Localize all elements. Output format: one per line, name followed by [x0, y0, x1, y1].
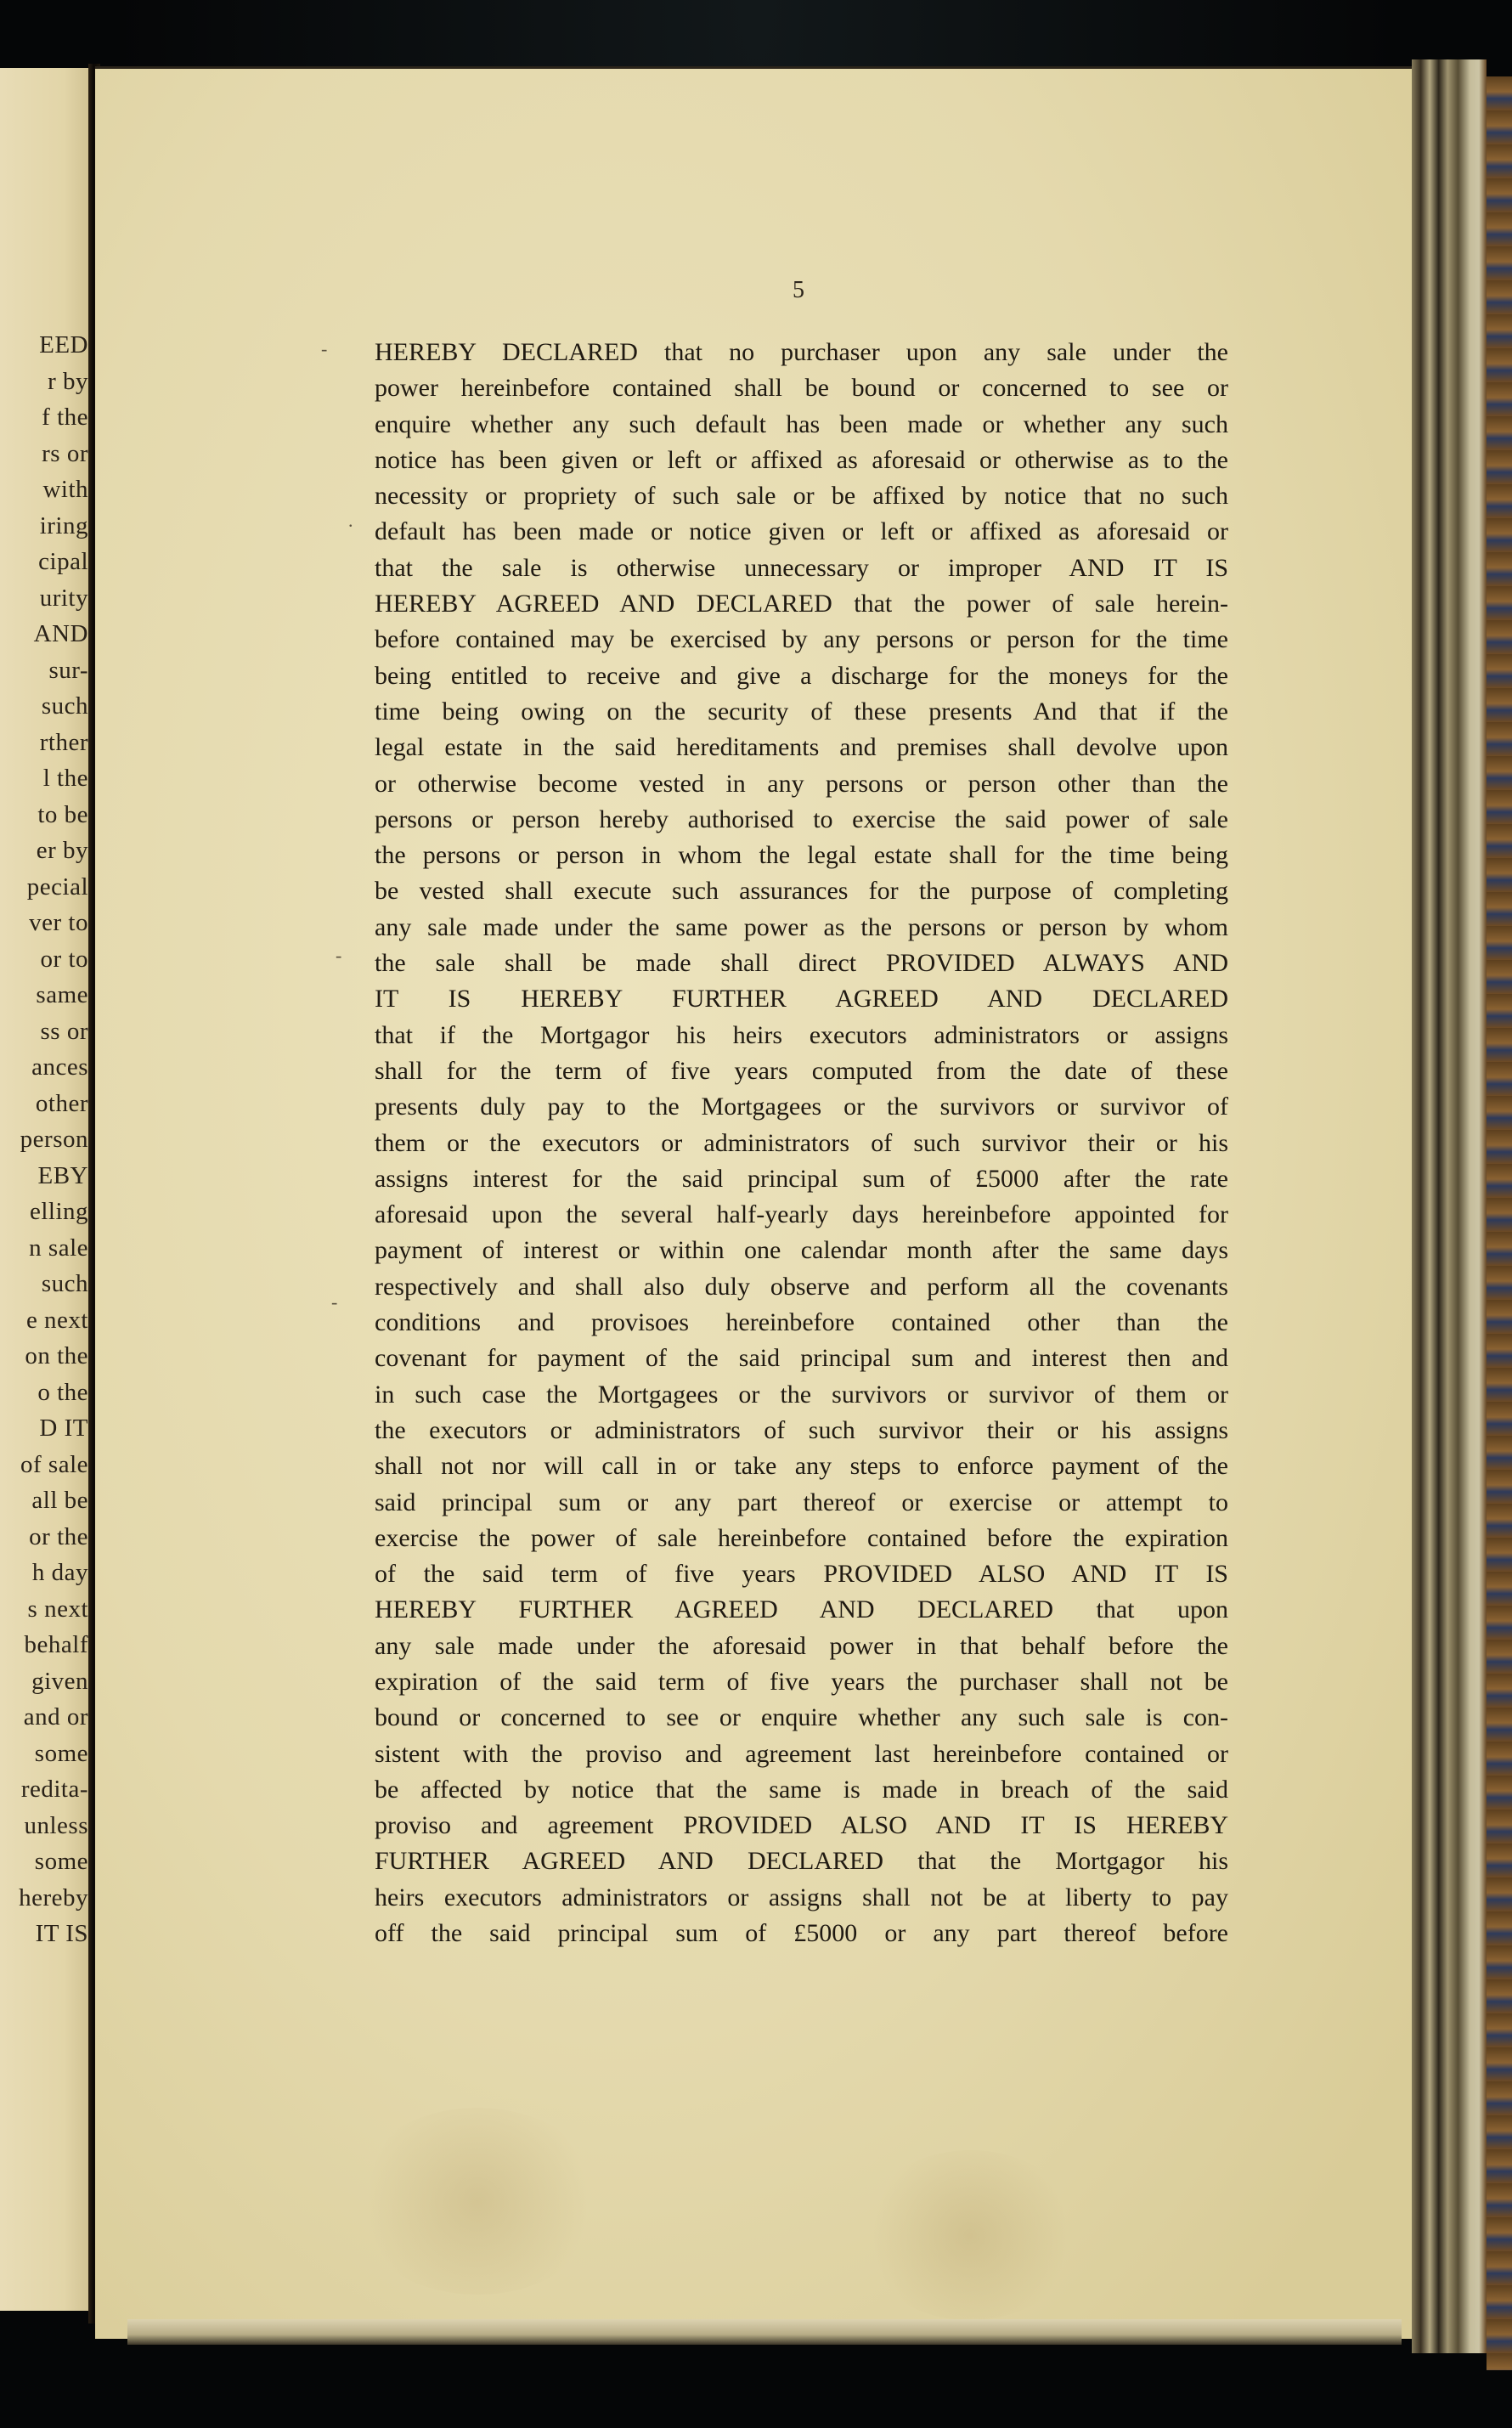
left-page-line: r by — [0, 364, 88, 400]
margin-dash: - — [331, 1291, 337, 1313]
left-page-line: or the — [0, 1519, 88, 1556]
text-line: assigns interest for the said principal … — [375, 1161, 1228, 1197]
text-line: HEREBY DECLARED that no purchaser upon a… — [375, 335, 1228, 370]
left-page-line: cipal — [0, 544, 88, 580]
text-line: be vested shall execute such assurances … — [375, 873, 1228, 909]
left-page-line: EBY — [0, 1158, 88, 1194]
text-line: in such case the Mortgagees or the survi… — [375, 1377, 1228, 1413]
margin-dash: - — [336, 945, 341, 967]
left-page-line: rther — [0, 725, 88, 761]
text-line: necessity or propriety of such sale or b… — [375, 478, 1228, 514]
text-line: the executors or administrators of such … — [375, 1413, 1228, 1448]
margin-dash: - — [321, 338, 327, 360]
left-page-line: given — [0, 1663, 88, 1700]
left-page-line: s next — [0, 1591, 88, 1628]
left-page-line: D IT — [0, 1410, 88, 1447]
text-line: time being owing on the security of thes… — [375, 694, 1228, 730]
left-page-line: of sale — [0, 1447, 88, 1483]
left-page-line: some — [0, 1844, 88, 1880]
text-line: persons or person hereby authorised to e… — [375, 802, 1228, 838]
text-line: presents duly pay to the Mortgagees or t… — [375, 1089, 1228, 1125]
text-line: FURTHER AGREED AND DECLARED that the Mor… — [375, 1844, 1228, 1879]
text-line: of the said term of five years PROVIDED … — [375, 1556, 1228, 1592]
left-page-line: such — [0, 688, 88, 725]
text-line: conditions and provisoes hereinbefore co… — [375, 1305, 1228, 1341]
left-page-line: unless — [0, 1808, 88, 1844]
text-line: that the sale is otherwise unnecessary o… — [375, 551, 1228, 586]
left-page-text: EEDr byf thers orwithiringcipalurityANDs… — [0, 327, 88, 1952]
text-line: exercise the power of sale hereinbefore … — [375, 1521, 1228, 1556]
text-line: the persons or person in whom the legal … — [375, 838, 1228, 873]
left-page-line: ver to — [0, 905, 88, 941]
left-page-line: person — [0, 1121, 88, 1158]
text-line: being entitled to receive and give a dis… — [375, 658, 1228, 694]
left-page-line: o the — [0, 1375, 88, 1411]
page-number: 5 — [781, 277, 815, 304]
left-page-line: such — [0, 1266, 88, 1302]
left-page-line: and or — [0, 1699, 88, 1736]
text-line: payment of interest or within one calend… — [375, 1233, 1228, 1268]
left-page-line: all be — [0, 1482, 88, 1519]
left-page-line: f the — [0, 399, 88, 436]
text-line: respectively and shall also duly observe… — [375, 1269, 1228, 1305]
left-page-line: ances — [0, 1049, 88, 1086]
left-page-line: hereby — [0, 1880, 88, 1917]
text-line: off the said principal sum of £5000 or a… — [375, 1916, 1228, 1951]
text-line: any sale made under the aforesaid power … — [375, 1629, 1228, 1664]
text-line: default has been made or notice given or… — [375, 514, 1228, 550]
text-line: bound or concerned to see or enquire whe… — [375, 1700, 1228, 1736]
page-stack-edge — [1412, 59, 1487, 2353]
left-page-line: rs or — [0, 436, 88, 472]
left-page-line: IT IS — [0, 1916, 88, 1952]
left-page-line: behalf — [0, 1627, 88, 1663]
text-line: said principal sum or any part thereof o… — [375, 1485, 1228, 1521]
paper-stain — [860, 2150, 1080, 2320]
left-page-line: redita- — [0, 1771, 88, 1808]
left-page-line: n sale — [0, 1230, 88, 1267]
left-page-line: same — [0, 977, 88, 1014]
text-line: that if the Mortgagor his heirs executor… — [375, 1018, 1228, 1053]
text-line: or otherwise become vested in any person… — [375, 766, 1228, 802]
text-line: notice has been given or left or affixed… — [375, 443, 1228, 478]
left-page-line: EED — [0, 327, 88, 364]
left-page-line: elling — [0, 1194, 88, 1230]
text-line: sistent with the proviso and agreement l… — [375, 1736, 1228, 1772]
text-line: the sale shall be made shall direct PROV… — [375, 946, 1228, 981]
left-page-line: to be — [0, 797, 88, 833]
text-line: covenant for payment of the said princip… — [375, 1341, 1228, 1376]
text-line: before contained may be exercised by any… — [375, 622, 1228, 658]
left-page-line: some — [0, 1736, 88, 1772]
left-page-line: h day — [0, 1555, 88, 1591]
margin-dot: . — [348, 510, 353, 532]
left-page-line: AND — [0, 616, 88, 652]
left-page-line: or to — [0, 941, 88, 978]
left-page-line: ss or — [0, 1014, 88, 1050]
left-page-line: urity — [0, 580, 88, 617]
text-line: heirs executors administrators or assign… — [375, 1880, 1228, 1916]
left-page-line: er by — [0, 833, 88, 869]
page-bottom-edge — [127, 2319, 1402, 2345]
left-page-line: l the — [0, 760, 88, 797]
left-page-line: sur- — [0, 652, 88, 689]
paper-stain — [350, 2108, 605, 2295]
text-line: aforesaid upon the several half-yearly d… — [375, 1197, 1228, 1233]
left-page-line: iring — [0, 508, 88, 545]
text-line: legal estate in the said hereditaments a… — [375, 730, 1228, 765]
text-line: be affected by notice that the same is m… — [375, 1772, 1228, 1808]
text-line: IT IS HEREBY FURTHER AGREED AND DECLARED — [375, 981, 1228, 1017]
text-line: shall for the term of five years compute… — [375, 1053, 1228, 1089]
text-line: proviso and agreement PROVIDED ALSO AND … — [375, 1808, 1228, 1844]
text-line: enquire whether any such default has bee… — [375, 407, 1228, 443]
text-line: HEREBY FURTHER AGREED AND DECLARED that … — [375, 1592, 1228, 1628]
text-line: power hereinbefore contained shall be bo… — [375, 370, 1228, 406]
left-page-line: pecial — [0, 869, 88, 906]
text-line: them or the executors or administrators … — [375, 1126, 1228, 1161]
text-line: any sale made under the same power as th… — [375, 910, 1228, 946]
left-page-line: on the — [0, 1338, 88, 1375]
left-page-line: other — [0, 1086, 88, 1122]
text-line: expiration of the said term of five year… — [375, 1664, 1228, 1700]
left-page-line: with — [0, 471, 88, 508]
body-text: HEREBY DECLARED that no purchaser upon a… — [375, 335, 1228, 1951]
text-line: shall not nor will call in or take any s… — [375, 1448, 1228, 1484]
text-line: HEREBY AGREED AND DECLARED that the powe… — [375, 586, 1228, 622]
left-page-line: e next — [0, 1302, 88, 1339]
marbled-edge — [1487, 76, 1512, 2370]
